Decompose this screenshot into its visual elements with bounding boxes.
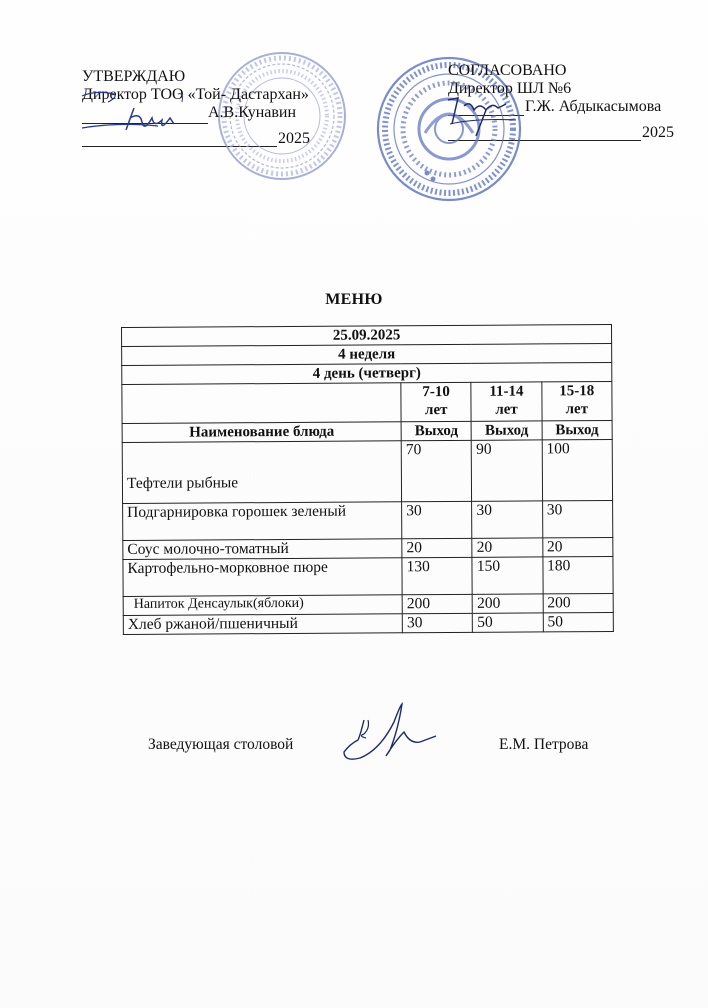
- dish-name-header: Наименование блюда: [122, 422, 401, 443]
- footer-role: Заведующая столовой: [148, 736, 293, 754]
- handwritten-signature-icon: [446, 96, 526, 138]
- yield-value: 30: [402, 613, 472, 632]
- table-row: Тефтели рыбные 70 90 100: [122, 440, 612, 504]
- age-range: 11-14: [476, 382, 537, 400]
- yield-value: 50: [473, 613, 543, 632]
- document-title: МЕНЮ: [0, 291, 708, 309]
- handwritten-signature-icon: [340, 700, 440, 762]
- signature-footer: [340, 700, 440, 762]
- yield-value: 30: [402, 501, 473, 538]
- dish-name: Соус молочно-томатный: [123, 539, 402, 560]
- dish-name: Тефтели рыбные: [122, 441, 401, 504]
- age-unit: лет: [476, 400, 537, 418]
- approval-year-right: 2025: [642, 124, 674, 142]
- age-range: 15-18: [546, 382, 607, 400]
- age-group-header: 11-14 лет: [471, 382, 542, 421]
- signature-left: [78, 88, 208, 136]
- table-row: Подгарнировка горошек зеленый 30 30 30: [123, 501, 613, 541]
- empty-header-cell: [122, 383, 401, 424]
- age-group-header: 7-10 лет: [401, 382, 472, 421]
- yield-value: 30: [542, 501, 613, 538]
- yield-value: 200: [543, 593, 613, 612]
- yield-value: 50: [543, 612, 613, 631]
- yield-value: 90: [472, 440, 543, 501]
- yield-value: 70: [401, 440, 472, 501]
- age-range: 7-10: [405, 383, 466, 401]
- table-row: Хлеб ржаной/пшеничный 30 50 50: [123, 612, 613, 634]
- yield-header: Выход: [542, 421, 612, 440]
- dish-name: Напиток Денсаулык(яблоки): [123, 595, 402, 616]
- signature-right: [446, 96, 526, 138]
- dish-name: Картофельно-морковное пюре: [123, 558, 402, 597]
- age-unit: лет: [546, 400, 607, 418]
- yield-value: 180: [543, 556, 614, 593]
- footer-name: Е.М. Петрова: [499, 736, 588, 754]
- yield-header: Выход: [401, 421, 471, 440]
- yield-value: 150: [472, 557, 543, 594]
- menu-table: 25.09.2025 4 неделя 4 день (четверг) 7-1…: [121, 324, 614, 635]
- yield-value: 200: [473, 594, 543, 613]
- approval-heading-left: УТВЕРЖДАЮ: [82, 68, 342, 86]
- yield-value: 20: [472, 538, 542, 557]
- yield-value: 20: [402, 538, 472, 557]
- dish-name: Подгарнировка горошек зеленый: [123, 502, 402, 541]
- handwritten-signature-icon: [78, 88, 208, 136]
- age-unit: лет: [406, 401, 467, 419]
- age-group-header: 15-18 лет: [542, 382, 613, 421]
- age-group-row: 7-10 лет 11-14 лет 15-18 лет: [122, 382, 612, 424]
- yield-value: 30: [472, 501, 543, 538]
- yield-value: 130: [402, 557, 473, 594]
- table-row: Картофельно-морковное пюре 130 150 180: [123, 556, 613, 596]
- dish-name: Хлеб ржаной/пшеничный: [123, 614, 402, 635]
- yield-value: 20: [542, 537, 612, 556]
- yield-header: Выход: [471, 421, 541, 440]
- approval-heading-right: СОГЛАСОВАНО: [448, 62, 688, 80]
- yield-value: 200: [402, 594, 472, 613]
- yield-value: 100: [542, 440, 613, 501]
